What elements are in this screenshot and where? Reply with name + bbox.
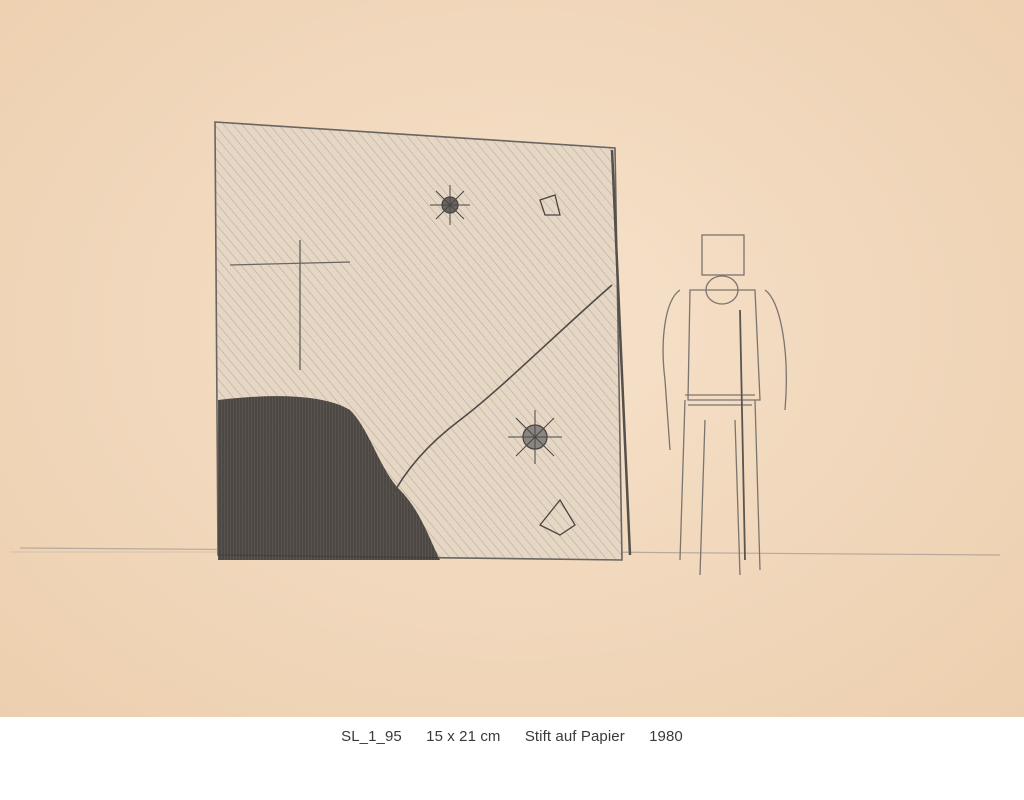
caption-size: 15 x 21 cm	[426, 728, 500, 745]
artwork-caption: SL_1_95 15 x 21 cm Stift auf Papier 1980	[0, 728, 1024, 745]
caption-year: 1980	[649, 728, 683, 745]
pencil-drawing	[0, 0, 1024, 717]
caption-id: SL_1_95	[341, 728, 402, 745]
caption-medium: Stift auf Papier	[525, 728, 625, 745]
hatched-panel	[215, 122, 630, 560]
standing-figure	[663, 235, 786, 575]
artwork-paper	[0, 0, 1024, 717]
